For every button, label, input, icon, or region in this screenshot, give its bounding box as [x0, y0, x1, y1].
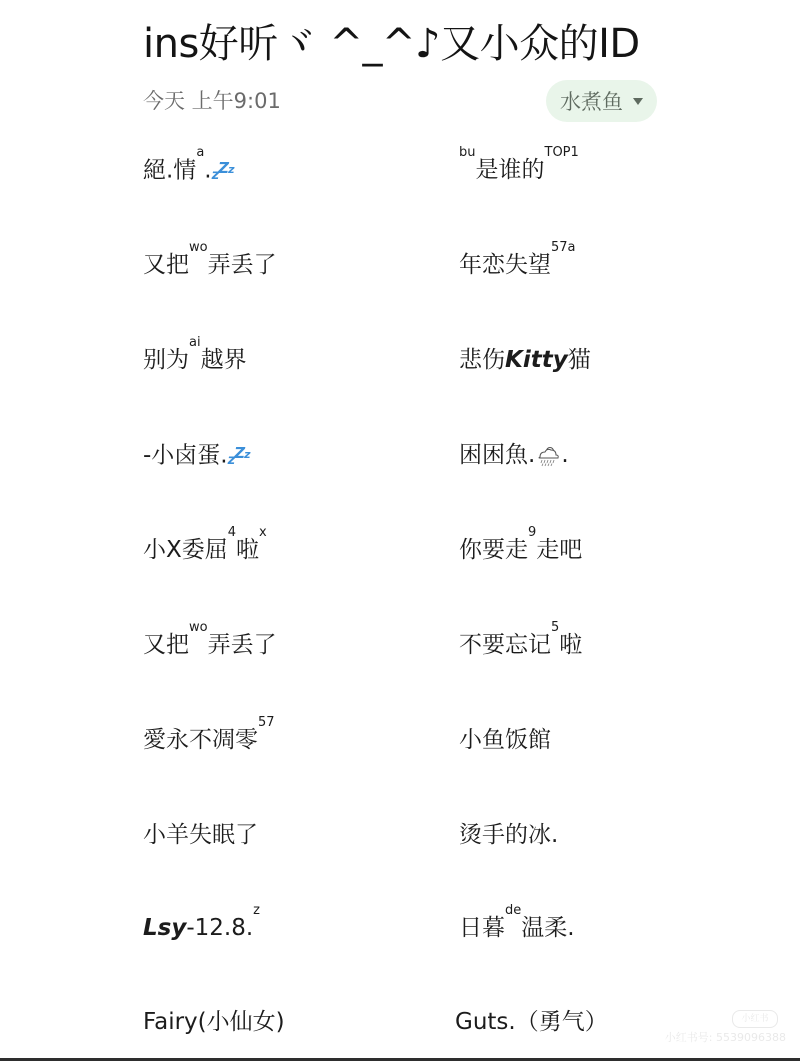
watermark: 小红书 小红书号: 5539096388	[616, 1010, 786, 1046]
item-text: 小X委屈	[143, 537, 228, 563]
list-item[interactable]: 不要忘记5啦	[459, 625, 582, 665]
list-item[interactable]: 愛永不凋零57	[143, 720, 275, 760]
tag-dropdown[interactable]: 水煮鱼	[546, 80, 657, 122]
item-text: 又把	[143, 632, 189, 658]
item-text: 烫手的冰.	[459, 822, 558, 848]
timestamp: 今天 上午9:01	[143, 86, 281, 116]
item-suffix: 走吧	[536, 537, 582, 563]
item-superscript: wo	[189, 620, 208, 635]
item-suffix: 温柔.	[521, 915, 574, 941]
item-text: 小鱼饭館	[459, 727, 551, 753]
item-text: 日暮	[459, 915, 505, 941]
caret-down-icon	[633, 98, 643, 105]
list-row: 又把wo弄丢了 年恋失望57a	[143, 245, 663, 285]
item-suffix: 啦	[236, 537, 259, 563]
item-suffix: .	[561, 442, 568, 468]
list-item[interactable]: 小鱼饭館	[459, 720, 551, 760]
item-superscript: a	[196, 145, 204, 160]
list-item[interactable]: 烫手的冰.	[459, 815, 558, 855]
list-item[interactable]: 小羊失眠了	[143, 815, 258, 855]
list-row: -小卤蛋.zZz 困困魚. .	[143, 435, 663, 475]
list-row: 又把wo弄丢了 不要忘记5啦	[143, 625, 663, 665]
zzz-letter: Z	[234, 444, 244, 462]
item-text: 困困魚.	[459, 442, 535, 468]
list-row: 絕.情a.zZz bu是谁的TOP1	[143, 150, 663, 190]
list-item[interactable]: 小X委屈4啦x	[143, 530, 267, 570]
tag-label: 水煮鱼	[560, 86, 623, 116]
list-item[interactable]: 悲伤Kitty猫	[459, 340, 591, 380]
item-text: 悲伤	[459, 347, 505, 373]
item-superscript: ai	[189, 335, 201, 350]
page-title: ins好听ヾ ^_^♪又小众的ID	[143, 14, 640, 74]
item-superscript: 4	[228, 525, 236, 540]
item-suffix: 弄丢了	[208, 632, 277, 658]
item-text: Fairy(小仙女)	[143, 1009, 285, 1035]
item-text: 年恋失望	[459, 252, 551, 278]
list-item[interactable]: bu是谁的TOP1	[459, 150, 579, 190]
item-suffix: 猫	[568, 347, 591, 373]
item-superscript: de	[505, 903, 521, 918]
zzz-letter: z	[228, 163, 233, 176]
list-item[interactable]: -小卤蛋.zZz	[143, 435, 250, 477]
zzz-sleep-icon: zZz	[212, 150, 234, 192]
item-superscript: x	[259, 525, 267, 540]
list-item[interactable]: Fairy(小仙女)	[143, 1002, 285, 1042]
zzz-letter: z	[244, 448, 249, 461]
list-item[interactable]: 又把wo弄丢了	[143, 245, 277, 285]
item-text: 絕.情	[143, 158, 196, 184]
watermark-logo: 小红书	[732, 1010, 778, 1028]
item-text: 是谁的	[476, 157, 545, 183]
list-row: Fairy(小仙女) Guts.（勇气）	[143, 1002, 663, 1042]
list-row: 愛永不凋零57 小鱼饭館	[143, 720, 663, 760]
list-item[interactable]: 日暮de温柔.	[459, 908, 575, 948]
meta-row: 今天 上午9:01 水煮鱼	[143, 80, 657, 122]
item-text: 愛永不凋零	[143, 727, 258, 753]
item-styled-text: Lsy	[143, 915, 186, 941]
item-superscript: TOP1	[545, 145, 579, 160]
item-text: 别为	[143, 347, 189, 373]
item-text: 又把	[143, 252, 189, 278]
watermark-text: 小红书号: 5539096388	[665, 1029, 786, 1045]
item-text: 小羊失眠了	[143, 822, 258, 848]
list-item[interactable]: 年恋失望57a	[459, 245, 576, 285]
item-superscript: 57a	[551, 240, 576, 255]
item-suffix: .	[204, 158, 211, 184]
list-item[interactable]: 絕.情a.zZz	[143, 150, 233, 192]
item-text: Guts.（勇气）	[455, 1009, 608, 1035]
item-styled-text: Kitty	[505, 347, 568, 373]
item-superscript: 5	[551, 620, 559, 635]
cloud-rain-icon	[535, 445, 561, 467]
item-text: 你要走	[459, 537, 528, 563]
list-item[interactable]: Lsy-12.8.z	[143, 908, 260, 948]
item-text: -12.8.	[186, 915, 253, 941]
list-item[interactable]: 你要走9走吧	[459, 530, 582, 570]
list-row: Lsy-12.8.z 日暮de温柔.	[143, 908, 663, 948]
item-suffix: 弄丢了	[208, 252, 277, 278]
list-item[interactable]: 又把wo弄丢了	[143, 625, 277, 665]
list-row: 小羊失眠了 烫手的冰.	[143, 815, 663, 855]
item-superscript: wo	[189, 240, 208, 255]
item-superscript: 9	[528, 525, 536, 540]
zzz-letter: Z	[218, 159, 228, 177]
list-row: 别为ai越界 悲伤Kitty猫	[143, 340, 663, 380]
item-superscript: z	[253, 903, 260, 918]
item-suffix: 越界	[201, 347, 247, 373]
list-row: 小X委屈4啦x 你要走9走吧	[143, 530, 663, 570]
item-superscript: 57	[258, 715, 275, 730]
item-text: 不要忘记	[459, 632, 551, 658]
list-item[interactable]: 别为ai越界	[143, 340, 247, 380]
item-text: -小卤蛋.	[143, 443, 228, 469]
item-presuperscript: bu	[459, 145, 476, 160]
zzz-sleep-icon: zZz	[228, 435, 250, 477]
list-item[interactable]: 困困魚. .	[459, 435, 569, 475]
list-item[interactable]: Guts.（勇气）	[455, 1002, 608, 1042]
item-suffix: 啦	[559, 632, 582, 658]
